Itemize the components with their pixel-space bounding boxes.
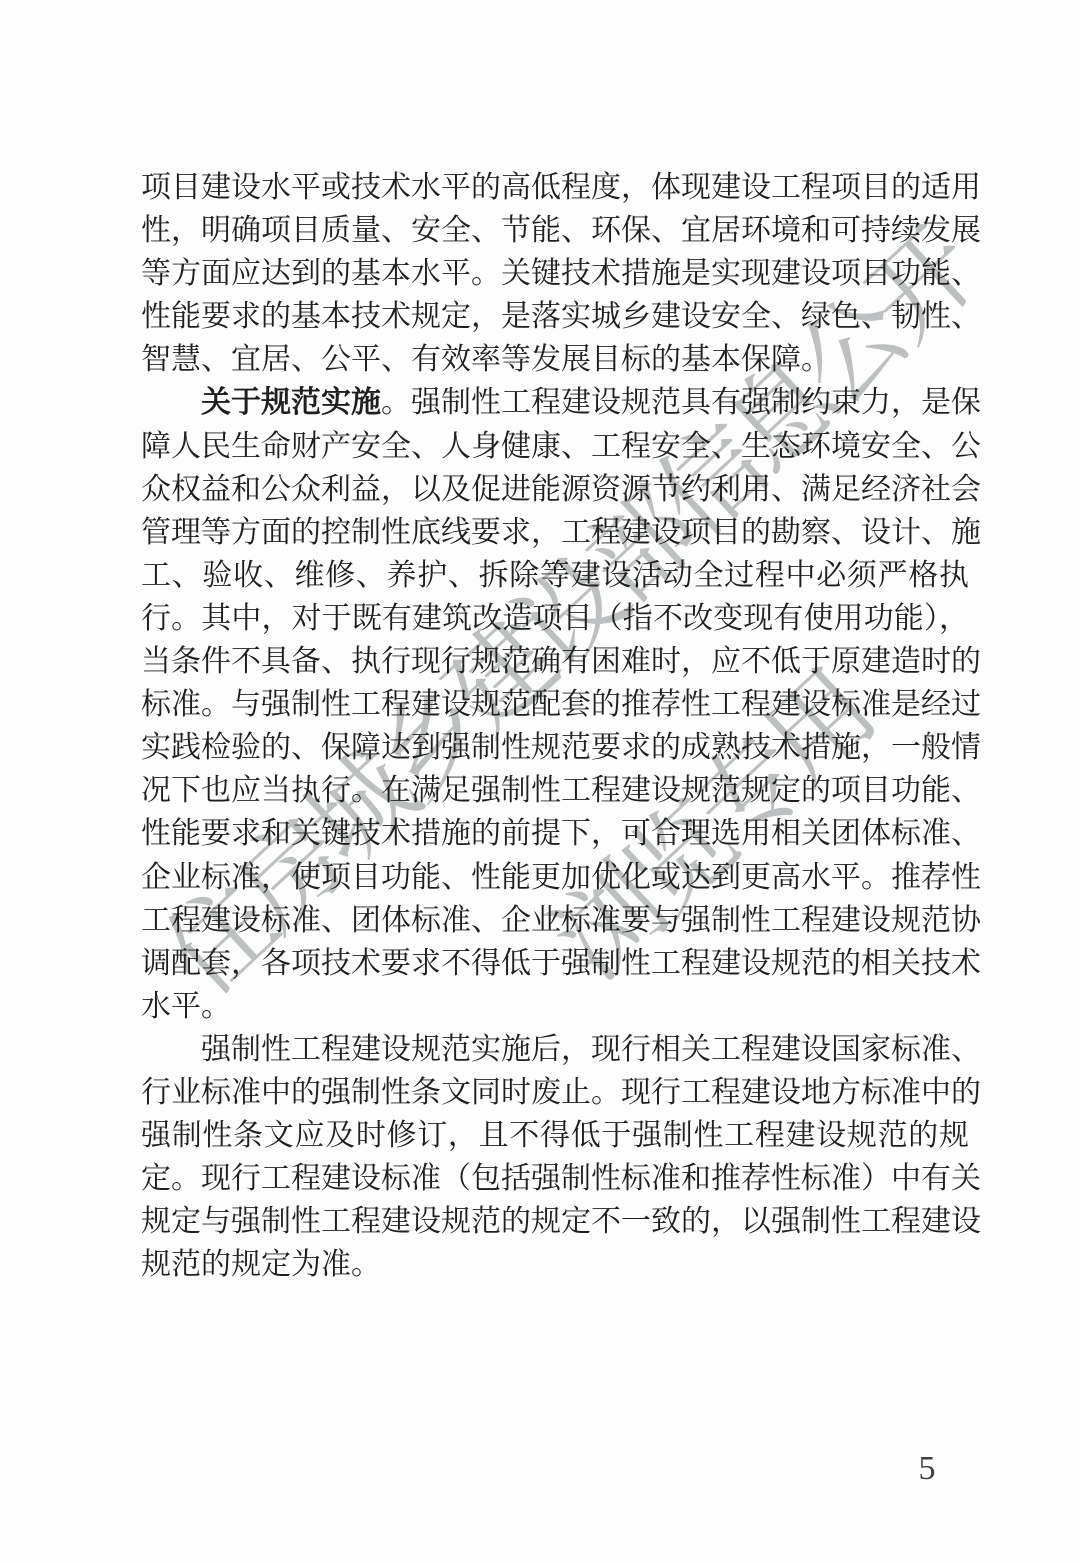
text-line: 调配套，各项技术要求不得低于强制性工程建设规范的相关技术 (141, 942, 969, 985)
text-line: 智慧、宜居、公平、有效率等发展目标的基本保障。 (141, 338, 969, 381)
text-line: 项目建设水平或技术水平的高低程度，体现建设工程项目的适用 (141, 166, 969, 209)
text-line: 等方面应达到的基本水平。关键技术措施是实现建设项目功能、 (141, 252, 969, 295)
text-line: 工、验收、维修、养护、拆除等建设活动全过程中必须严格执 (141, 554, 969, 597)
text-block: 项目建设水平或技术水平的高低程度，体现建设工程项目的适用性，明确项目质量、安全、… (141, 166, 969, 1286)
text-line: 行。其中，对于既有建筑改造项目（指不改变现有使用功能）， (141, 597, 969, 640)
text-line: 性，明确项目质量、安全、节能、环保、宜居环境和可持续发展 (141, 209, 969, 252)
text-line: 关于规范实施。强制性工程建设规范具有强制约束力，是保 (141, 381, 969, 424)
text-line: 强制性条文应及时修订，且不得低于强制性工程建设规范的规 (141, 1114, 969, 1157)
text-line: 定。现行工程建设标准（包括强制性标准和推荐性标准）中有关 (141, 1157, 969, 1200)
document-page: 住房城乡建设部信息公开 浏览专用 项目建设水平或技术水平的高低程度，体现建设工程… (0, 0, 1080, 1563)
text-line: 水平。 (141, 985, 969, 1028)
text-line: 障人民生命财产安全、人身健康、工程安全、生态环境安全、公 (141, 425, 969, 468)
text-line: 规范的规定为准。 (141, 1243, 969, 1286)
text-line: 标准。与强制性工程建设规范配套的推荐性工程建设标准是经过 (141, 683, 969, 726)
text-line: 性能要求的基本技术规定，是落实城乡建设安全、绿色、韧性、 (141, 295, 969, 338)
text-line: 工程建设标准、团体标准、企业标准要与强制性工程建设规范协 (141, 899, 969, 942)
text-line: 况下也应当执行。在满足强制性工程建设规范规定的项目功能、 (141, 769, 969, 812)
text-line: 实践检验的、保障达到强制性规范要求的成熟技术措施，一般情 (141, 726, 969, 769)
text-line: 规定与强制性工程建设规范的规定不一致的，以强制性工程建设 (141, 1200, 969, 1243)
bold-lead-in: 关于规范实施 (201, 386, 381, 419)
text-line: 管理等方面的控制性底线要求，工程建设项目的勘察、设计、施 (141, 511, 969, 554)
text-line: 强制性工程建设规范实施后，现行相关工程建设国家标准、 (141, 1028, 969, 1071)
page-number: 5 (902, 1450, 952, 1488)
text-line: 性能要求和关键技术措施的前提下，可合理选用相关团体标准、 (141, 812, 969, 855)
text-line: 企业标准，使项目功能、性能更加优化或达到更高水平。推荐性 (141, 856, 969, 899)
text-line: 当条件不具备、执行现行规范确有困难时，应不低于原建造时的 (141, 640, 969, 683)
text-line: 众权益和公众利益，以及促进能源资源节约利用、满足经济社会 (141, 468, 969, 511)
text-line: 行业标准中的强制性条文同时废止。现行工程建设地方标准中的 (141, 1071, 969, 1114)
